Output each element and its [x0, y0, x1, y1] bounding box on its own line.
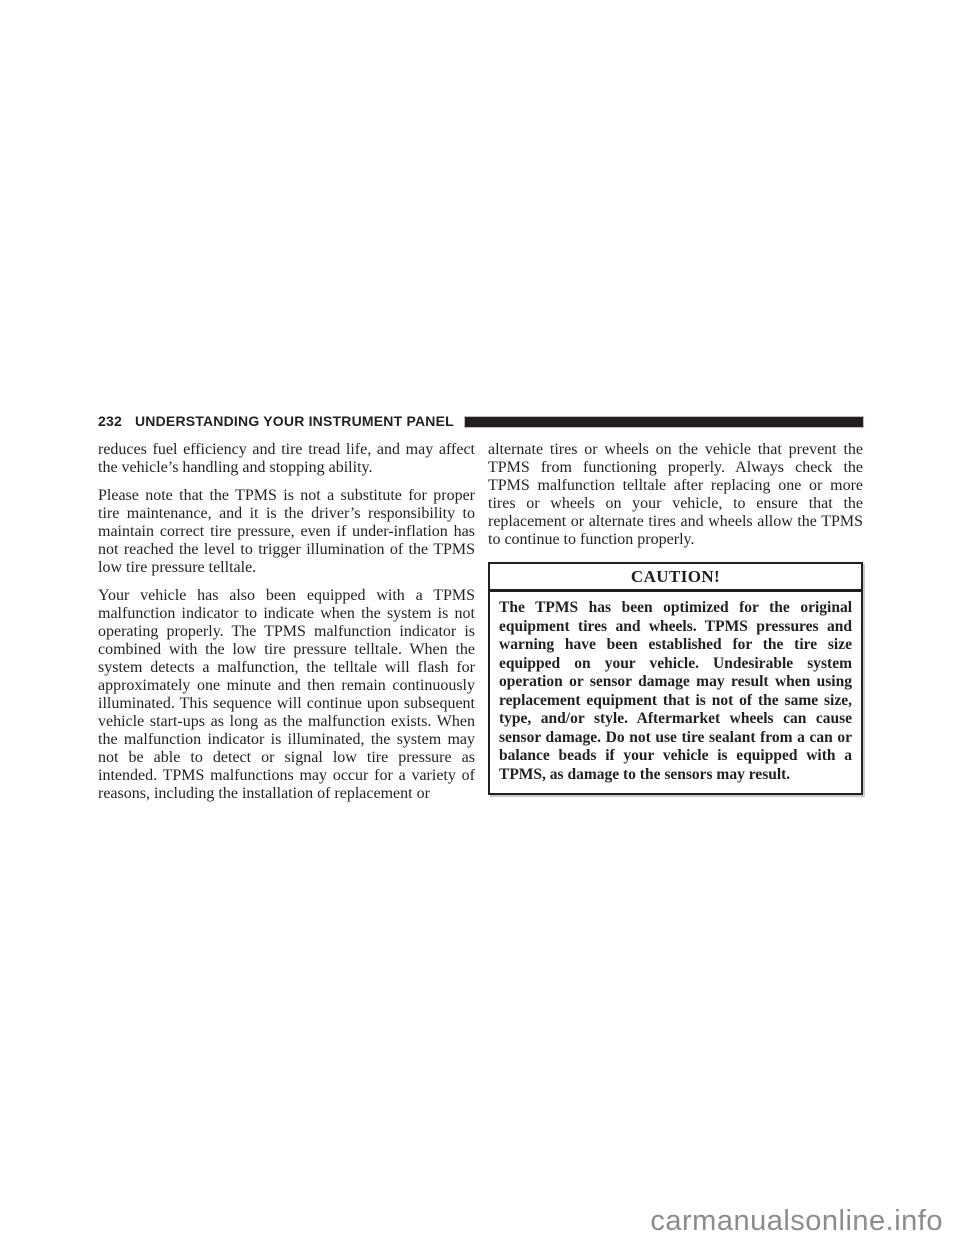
body-paragraph: alternate tires or wheels on the vehicle…	[488, 441, 863, 549]
left-column: reduces fuel efficiency and tire tread l…	[98, 441, 475, 813]
page-header: 232 UNDERSTANDING YOUR INSTRUMENT PANEL	[98, 413, 864, 429]
caution-body-text: The TPMS has been optimized for the orig…	[490, 592, 861, 793]
body-paragraph: reduces fuel efficiency and tire tread l…	[98, 441, 475, 477]
header-rule	[464, 416, 864, 428]
manual-page: 232 UNDERSTANDING YOUR INSTRUMENT PANEL …	[0, 0, 960, 1242]
body-paragraph: Please note that the TPMS is not a subst…	[98, 487, 475, 577]
caution-box: CAUTION! The TPMS has been optimized for…	[488, 562, 863, 795]
watermark-text: carmanualsonline.info	[650, 1205, 943, 1238]
page-number: 232	[98, 413, 122, 429]
caution-title: CAUTION!	[490, 564, 861, 592]
body-paragraph: Your vehicle has also been equipped with…	[98, 587, 475, 803]
section-title: UNDERSTANDING YOUR INSTRUMENT PANEL	[135, 413, 454, 429]
right-column: alternate tires or wheels on the vehicle…	[488, 441, 863, 795]
